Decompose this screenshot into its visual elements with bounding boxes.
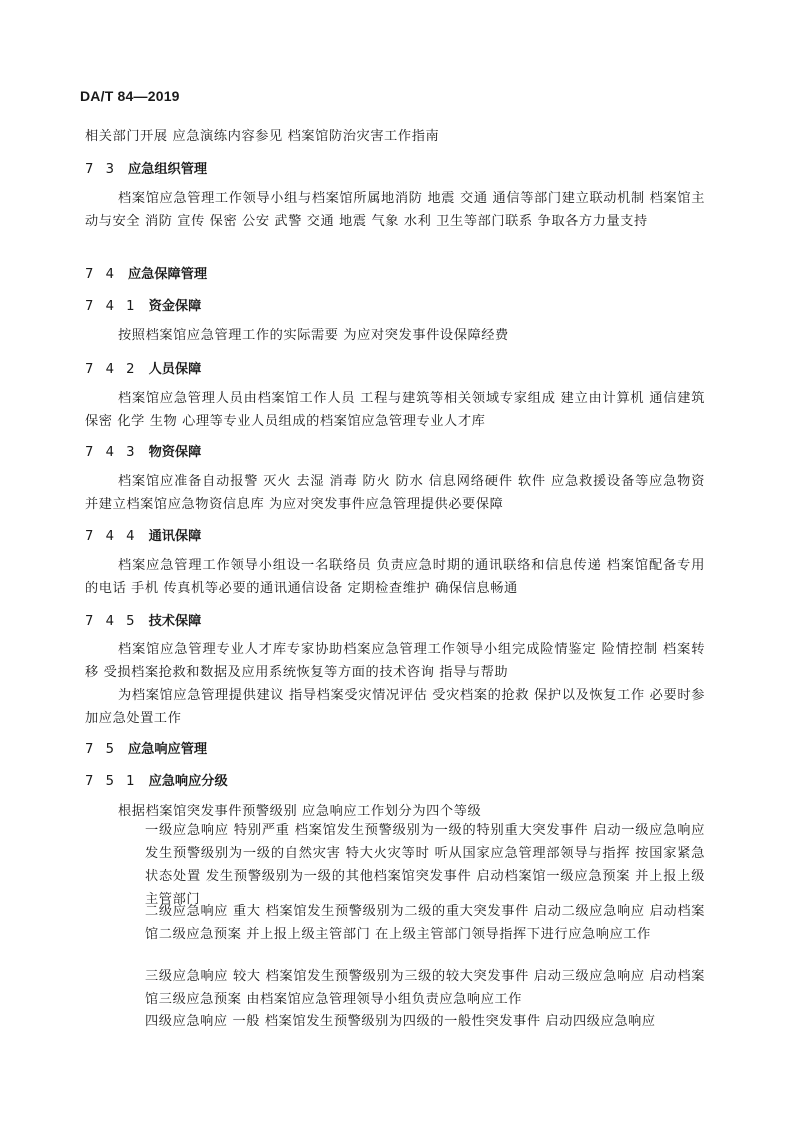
response-level-1: 一级应急响应 特别严重 档案馆发生预警级别为一级的特别重大突发事件 启动一级应急… [145, 819, 705, 911]
section-title: 应急响应分级 [149, 774, 228, 789]
section-heading-7-3: 7 3应急组织管理 [85, 158, 207, 177]
section-number: 7 4 2 [85, 362, 139, 377]
section-heading-7-4-1: 7 4 1资金保障 [85, 295, 201, 314]
intro-line: 相关部门开展 应急演练内容参见 档案馆防治灾害工作指南 [85, 125, 439, 144]
standard-code: DA/T 84—2019 [80, 88, 180, 104]
section-number: 7 4 4 [85, 529, 139, 544]
section-heading-7-4-4: 7 4 4通讯保障 [85, 525, 201, 544]
response-level-2: 二级应急响应 重大 档案馆发生预警级别为二级的重大突发事件 启动二级应急响应 启… [145, 900, 705, 946]
section-number: 7 5 [85, 742, 118, 757]
section-title: 技术保障 [149, 614, 202, 629]
section-number: 7 4 3 [85, 445, 139, 460]
section-number: 7 5 1 [85, 774, 139, 789]
section-body-7-4-2: 档案馆应急管理人员由档案馆工作人员 工程与建筑等相关领域专家组成 建立由计算机 … [85, 387, 705, 433]
section-title: 应急响应管理 [128, 742, 207, 757]
section-number: 7 3 [85, 162, 118, 177]
section-heading-7-4-5: 7 4 5技术保障 [85, 610, 201, 629]
section-body-7-4-1: 按照档案馆应急管理工作的实际需要 为应对突发事件设保障经费 [85, 324, 705, 347]
section-number: 7 4 5 [85, 614, 139, 629]
section-body-7-3: 档案馆应急管理工作领导小组与档案馆所属地消防 地震 交通 通信等部门建立联动机制… [85, 187, 705, 233]
section-title: 物资保障 [149, 445, 202, 460]
section-body-7-4-5-p1: 档案馆应急管理专业人才库专家协助档案应急管理工作领导小组完成险情鉴定 险情控制 … [85, 638, 705, 684]
response-level-3: 三级应急响应 较大 档案馆发生预警级别为三级的较大突发事件 启动三级应急响应 启… [145, 965, 705, 1011]
section-heading-7-5: 7 5应急响应管理 [85, 738, 207, 757]
section-heading-7-5-1: 7 5 1应急响应分级 [85, 770, 228, 789]
section-body-7-4-3: 档案馆应准备自动报警 灭火 去湿 消毒 防火 防水 信息网络硬件 软件 应急救援… [85, 470, 705, 516]
section-title: 通讯保障 [149, 529, 202, 544]
section-title: 人员保障 [149, 362, 202, 377]
section-body-7-4-4: 档案应急管理工作领导小组设一名联络员 负责应急时期的通讯联络和信息传递 档案馆配… [85, 554, 705, 600]
section-title: 资金保障 [149, 299, 202, 314]
response-level-4: 四级应急响应 一般 档案馆发生预警级别为四级的一般性突发事件 启动四级应急响应 [145, 1010, 705, 1033]
section-number: 7 4 1 [85, 299, 139, 314]
section-heading-7-4: 7 4应急保障管理 [85, 263, 207, 282]
section-heading-7-4-3: 7 4 3物资保障 [85, 441, 201, 460]
section-title: 应急保障管理 [128, 267, 207, 282]
section-heading-7-4-2: 7 4 2人员保障 [85, 358, 201, 377]
section-body-7-4-5-p2: 为档案馆应急管理提供建议 指导档案受灾情况评估 受灾档案的抢救 保护以及恢复工作… [85, 684, 705, 730]
section-number: 7 4 [85, 267, 118, 282]
section-lead-7-5-1: 根据档案馆突发事件预警级别 应急响应工作划分为四个等级 [118, 800, 481, 819]
section-title: 应急组织管理 [128, 162, 207, 177]
